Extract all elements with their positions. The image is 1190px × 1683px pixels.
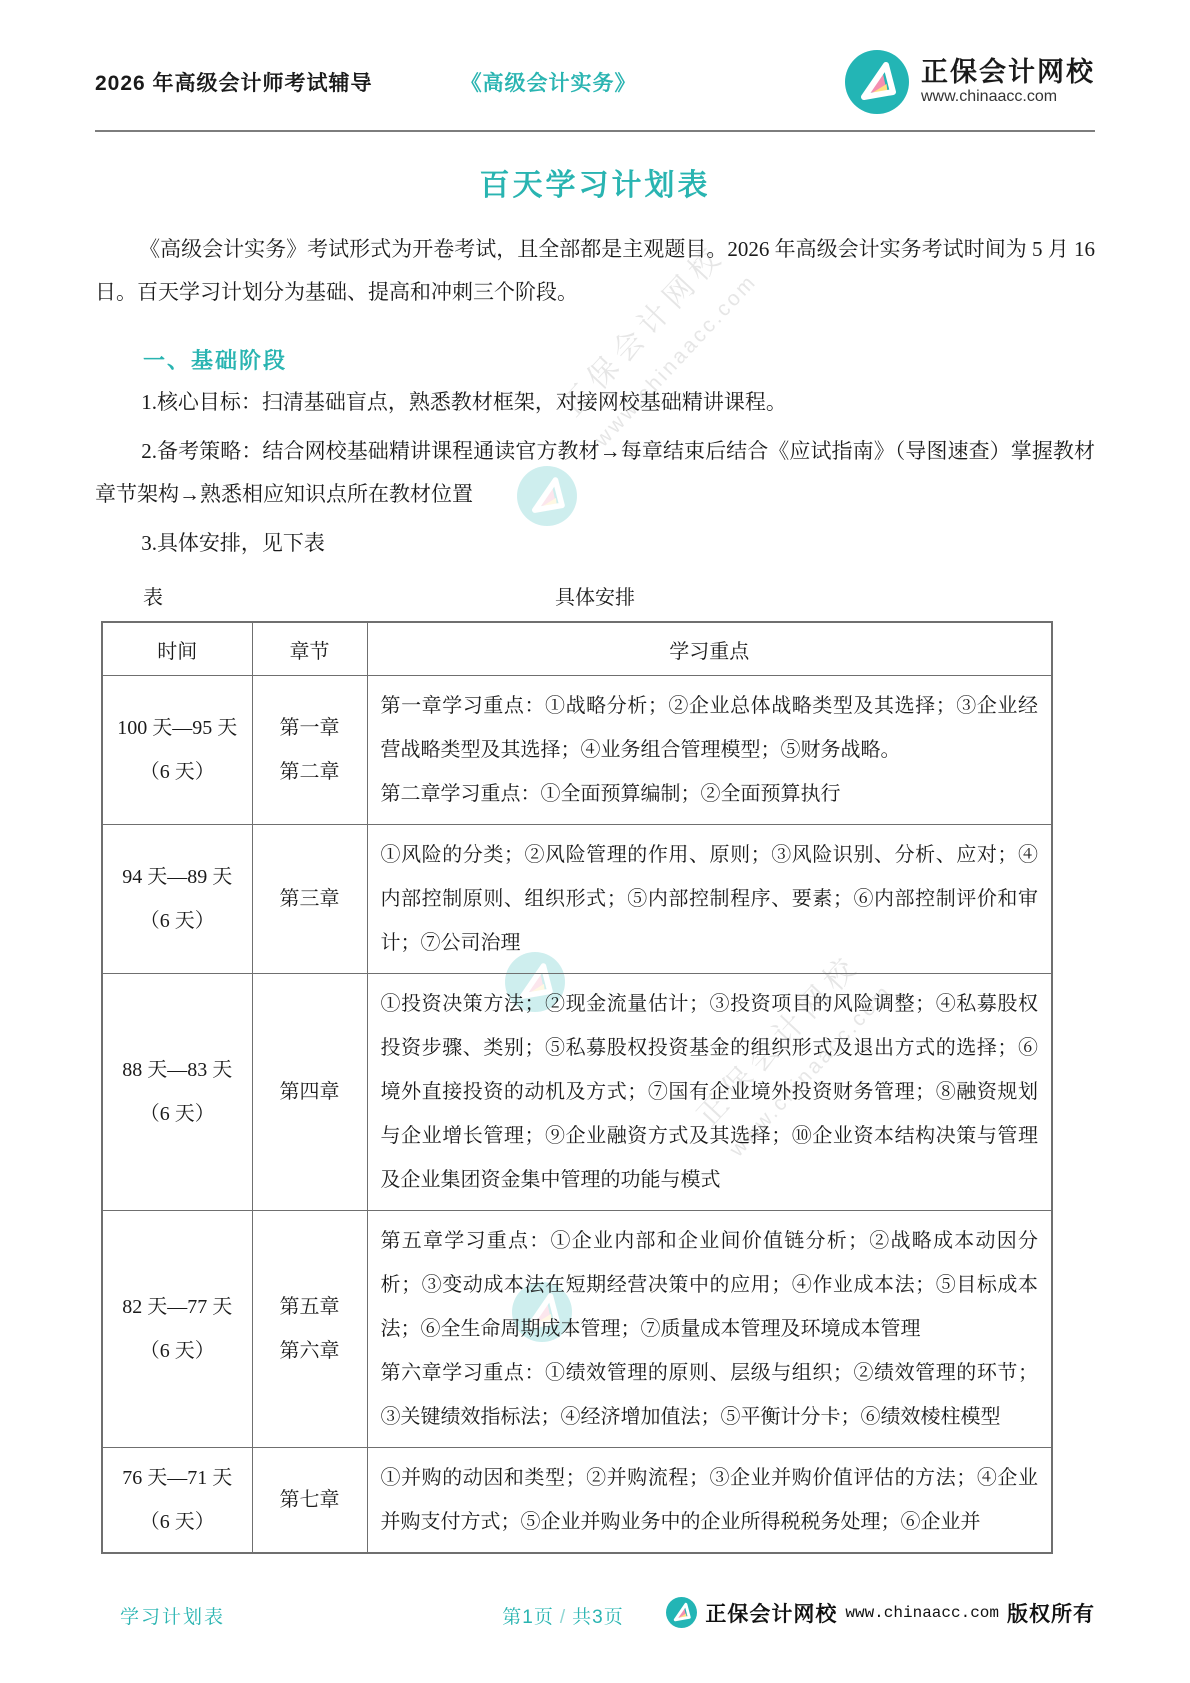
focus-paragraph: 第五章学习重点：①企业内部和企业间价值链分析；②战略成本动因分析；③变动成本法在… bbox=[381, 1219, 1039, 1351]
table-row: 88 天—83 天 （6 天） 第四章 ①投资决策方法；②现金流量估计；③投资项… bbox=[102, 974, 1052, 1211]
column-header-time: 时间 bbox=[102, 622, 252, 676]
chapter-cell: 第七章 bbox=[252, 1448, 367, 1554]
page-title: 百天学习计划表 bbox=[95, 160, 1095, 204]
study-item-3: 3.具体安排，见下表 bbox=[95, 522, 1095, 565]
chapter-label: 第六章 bbox=[255, 1329, 365, 1373]
section-heading: 一、基础阶段 bbox=[95, 344, 1095, 375]
time-cell: 100 天—95 天 （6 天） bbox=[102, 676, 252, 825]
chapter-cell: 第三章 bbox=[252, 825, 367, 974]
study-item-1: 1.核心目标：扫清基础盲点，熟悉教材框架，对接网校基础精讲课程。 bbox=[95, 381, 1095, 424]
footer-brand-name: 正保会计网校 bbox=[705, 1598, 837, 1628]
page-number: 第1页 bbox=[502, 1607, 554, 1628]
footer-brand-logo-icon bbox=[666, 1597, 697, 1628]
chapter-label: 第四章 bbox=[255, 1070, 365, 1114]
column-header-focus: 学习重点 bbox=[367, 622, 1052, 676]
focus-cell: ①风险的分类；②风险管理的作用、原则；③风险识别、分析、应对；④内部控制原则、组… bbox=[367, 825, 1052, 974]
chapter-cell: 第五章第六章 bbox=[252, 1211, 367, 1448]
footer-brand: 正保会计网校 www.chinaacc.com 版权所有 bbox=[666, 1597, 1095, 1628]
table-caption: 表 具体安排 bbox=[95, 581, 1095, 615]
plan-table-body: 100 天—95 天 （6 天） 第一章第二章 第一章学习重点：①战略分析；②企… bbox=[102, 676, 1052, 1554]
column-header-chapter: 章节 bbox=[252, 622, 367, 676]
days-label: （6 天） bbox=[105, 1329, 250, 1373]
intro-paragraph: 《高级会计实务》考试形式为开卷考试，且全部都是主观题目。2026 年高级会计实务… bbox=[95, 228, 1095, 314]
page-total: 共3页 bbox=[572, 1607, 624, 1628]
table-row: 94 天—89 天 （6 天） 第三章 ①风险的分类；②风险管理的作用、原则；③… bbox=[102, 825, 1052, 974]
focus-cell: ①投资决策方法；②现金流量估计；③投资项目的风险调整；④私募股权投资步骤、类别；… bbox=[367, 974, 1052, 1211]
chapter-label: 第三章 bbox=[255, 877, 365, 921]
study-item-2: 2.备考策略：结合网校基础精讲课程通读官方教材→每章结束后结合《应试指南》（导图… bbox=[95, 430, 1095, 516]
brand-site: www.chinaacc.com bbox=[921, 88, 1095, 106]
focus-paragraph: ①并购的动因和类型；②并购流程；③企业并购价值评估的方法；④企业并购支付方式；⑤… bbox=[381, 1456, 1039, 1544]
time-cell: 76 天—71 天 （6 天） bbox=[102, 1448, 252, 1554]
course-title: 2026 年高级会计师考试辅导 bbox=[95, 67, 373, 97]
brand-logo: 正保会计网校 www.chinaacc.com bbox=[845, 50, 1095, 114]
footer-rights: 版权所有 bbox=[1007, 1598, 1095, 1628]
book-title: 《高级会计实务》 bbox=[461, 67, 637, 97]
brand-name: 正保会计网校 bbox=[921, 57, 1095, 88]
focus-paragraph: 第六章学习重点：①绩效管理的原则、层级与组织；②绩效管理的环节；③关键绩效指标法… bbox=[381, 1351, 1039, 1439]
caption-title: 具体安排 bbox=[95, 581, 1095, 610]
time-range: 76 天—71 天 bbox=[105, 1456, 250, 1500]
time-cell: 82 天—77 天 （6 天） bbox=[102, 1211, 252, 1448]
focus-cell: ①并购的动因和类型；②并购流程；③企业并购价值评估的方法；④企业并购支付方式；⑤… bbox=[367, 1448, 1052, 1554]
page-header: 2026 年高级会计师考试辅导 《高级会计实务》 正保会计网校 www.chin… bbox=[95, 0, 1095, 132]
chapter-cell: 第一章第二章 bbox=[252, 676, 367, 825]
chapter-label: 第五章 bbox=[255, 1285, 365, 1329]
days-label: （6 天） bbox=[105, 750, 250, 794]
page-footer: 学习计划表 第1页/共3页 正保会计网校 www.chinaacc.com 版权… bbox=[95, 1597, 1095, 1631]
time-range: 88 天—83 天 bbox=[105, 1048, 250, 1092]
chapter-cell: 第四章 bbox=[252, 974, 367, 1211]
chapter-label: 第二章 bbox=[255, 750, 365, 794]
time-cell: 94 天—89 天 （6 天） bbox=[102, 825, 252, 974]
table-header-row: 时间 章节 学习重点 bbox=[102, 622, 1052, 676]
time-range: 94 天—89 天 bbox=[105, 855, 250, 899]
document-page: 正保会计网校 www.chinaacc.com 正保会计网校 www.china… bbox=[0, 0, 1190, 1683]
focus-paragraph: ①投资决策方法；②现金流量估计；③投资项目的风险调整；④私募股权投资步骤、类别；… bbox=[381, 982, 1039, 1202]
days-label: （6 天） bbox=[105, 899, 250, 943]
footer-site: www.chinaacc.com bbox=[845, 1604, 999, 1622]
focus-paragraph: 第二章学习重点：①全面预算编制；②全面预算执行 bbox=[381, 772, 1039, 816]
days-label: （6 天） bbox=[105, 1500, 250, 1544]
focus-paragraph: ①风险的分类；②风险管理的作用、原则；③风险识别、分析、应对；④内部控制原则、组… bbox=[381, 833, 1039, 965]
days-label: （6 天） bbox=[105, 1092, 250, 1136]
time-cell: 88 天—83 天 （6 天） bbox=[102, 974, 252, 1211]
focus-cell: 第一章学习重点：①战略分析；②企业总体战略类型及其选择；③企业经营战略类型及其选… bbox=[367, 676, 1052, 825]
brand-logo-icon bbox=[845, 50, 909, 114]
table-row: 76 天—71 天 （6 天） 第七章 ①并购的动因和类型；②并购流程；③企业并… bbox=[102, 1448, 1052, 1554]
focus-paragraph: 第一章学习重点：①战略分析；②企业总体战略类型及其选择；③企业经营战略类型及其选… bbox=[381, 684, 1039, 772]
chapter-label: 第七章 bbox=[255, 1478, 365, 1522]
time-range: 82 天—77 天 bbox=[105, 1285, 250, 1329]
table-row: 82 天—77 天 （6 天） 第五章第六章 第五章学习重点：①企业内部和企业间… bbox=[102, 1211, 1052, 1448]
time-range: 100 天—95 天 bbox=[105, 706, 250, 750]
focus-cell: 第五章学习重点：①企业内部和企业间价值链分析；②战略成本动因分析；③变动成本法在… bbox=[367, 1211, 1052, 1448]
chapter-label: 第一章 bbox=[255, 706, 365, 750]
table-row: 100 天—95 天 （6 天） 第一章第二章 第一章学习重点：①战略分析；②企… bbox=[102, 676, 1052, 825]
study-plan-table: 时间 章节 学习重点 100 天—95 天 （6 天） 第一章第二章 第一章学习… bbox=[101, 621, 1053, 1554]
page-separator: / bbox=[554, 1607, 572, 1628]
